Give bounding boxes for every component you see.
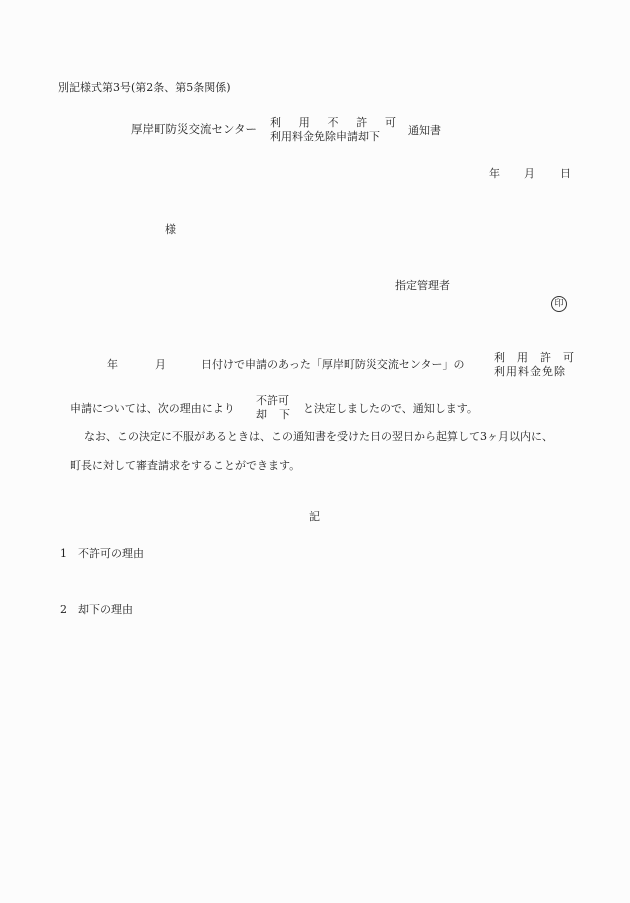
option-denied: 不許可 xyxy=(256,394,290,408)
notes-heading: 記 xyxy=(309,511,320,522)
sender-title: 指定管理者 xyxy=(395,280,450,291)
item-1-number: 1 xyxy=(60,548,67,559)
option-fee-exemption: 利用料金免除 xyxy=(494,365,574,379)
date-year: 年 xyxy=(489,168,500,179)
item-1-label: 不許可の理由 xyxy=(78,548,144,559)
char: 用 xyxy=(517,351,528,365)
char: 許 xyxy=(356,116,367,130)
item-2-label: 却下の理由 xyxy=(78,604,133,615)
char: 用 xyxy=(299,116,310,130)
char: 利 xyxy=(494,351,505,365)
seal-icon: 印 xyxy=(551,296,567,312)
char: 利 xyxy=(270,116,281,130)
body-line1-options: 利 用 許 可 利用料金免除 xyxy=(494,351,574,379)
char: 可 xyxy=(563,351,574,365)
title-suffix: 通知書 xyxy=(408,125,441,136)
char: 不 xyxy=(328,116,339,130)
char: 却 xyxy=(256,408,267,422)
body-line2-prefix: 申請については、次の理由により xyxy=(70,403,235,414)
title-options: 利 用 不 許 可 利用料金免除申請却下 xyxy=(270,116,396,144)
body-appeal-target: 町長に対して審査請求をすることができます。 xyxy=(70,460,300,471)
body-appeal-notice: なお、この決定に不服があるときは、この通知書を受けた日の翌日から起算して3ヶ月以… xyxy=(84,431,553,442)
body-month: 月 xyxy=(155,359,166,370)
recipient-honorific: 様 xyxy=(165,224,176,235)
option-rejected: 却 下 xyxy=(256,408,290,422)
char: 下 xyxy=(279,408,290,422)
char: 可 xyxy=(385,116,396,130)
item-2-number: 2 xyxy=(60,604,67,615)
form-label: 別記様式第3号(第2条、第5条関係) xyxy=(58,82,231,93)
option-usage-permit: 利 用 許 可 xyxy=(494,351,574,365)
date-day: 日 xyxy=(560,168,571,179)
title-option-fee-exemption-rejected: 利用料金免除申請却下 xyxy=(270,130,396,144)
body-line2-options: 不許可 却 下 xyxy=(256,394,290,422)
char: 許 xyxy=(540,351,551,365)
body-line2-suffix: と決定しましたので、通知します。 xyxy=(303,403,478,414)
body-year: 年 xyxy=(107,359,118,370)
body-line1-text: 日付けで申請のあった「厚岸町防災交流センター」の xyxy=(201,359,464,370)
title-option-usage-denied: 利 用 不 許 可 xyxy=(270,116,396,130)
facility-name: 厚岸町防災交流センター xyxy=(131,124,257,136)
date-month: 月 xyxy=(524,168,535,179)
